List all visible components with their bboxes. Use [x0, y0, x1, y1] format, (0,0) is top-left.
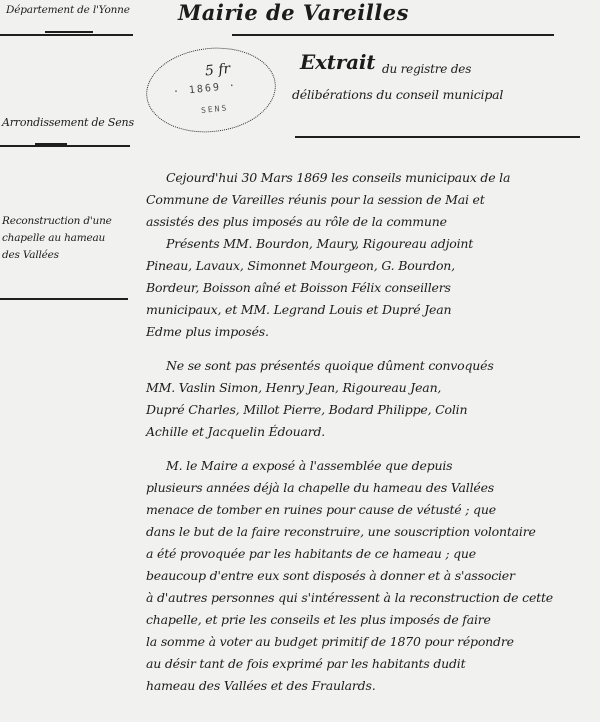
body-line: a été provoquée par les habitants de ce …	[146, 546, 476, 561]
body-line: Achille et Jacquelin Édouard.	[146, 424, 325, 439]
margin-note-line: chapelle au hameau	[2, 230, 112, 247]
body-line: chapelle, et prie les conseils et les pl…	[146, 612, 491, 627]
extract-subtitle-line2: délibérations du conseil municipal	[292, 87, 503, 102]
tax-stamp: 5 fr · 1869 · SENS	[142, 41, 280, 138]
body-line: Cejourd'hui 30 Mars 1869 les conseils mu…	[166, 170, 510, 185]
body-line: Commune de Vareilles réunis pour la sess…	[146, 192, 485, 207]
body-line: dans le but de la faire reconstruire, un…	[146, 524, 536, 539]
body-line: Edme plus imposés.	[146, 324, 269, 339]
mairie-rule	[232, 34, 554, 36]
body-line: municipaux, et MM. Legrand Louis et Dupr…	[146, 302, 451, 317]
body-line: MM. Vaslin Simon, Henry Jean, Rigoureau …	[146, 380, 441, 395]
body-line: au désir tant de fois exprimé par les ha…	[146, 656, 465, 671]
extract-title: Extrait	[300, 50, 375, 74]
arrondissement-label: Arrondissement de Sens	[2, 116, 134, 129]
body-line: M. le Maire a exposé à l'assemblée que d…	[166, 458, 452, 473]
body-line: à d'autres personnes qui s'intéressent à…	[146, 590, 553, 605]
arrondissement-rule	[0, 145, 130, 147]
margin-note-line: Reconstruction d'une	[2, 213, 112, 230]
body-line: Bordeur, Boisson aîné et Boisson Félix c…	[146, 280, 451, 295]
stamp-place: SENS	[201, 103, 229, 115]
departement-flourish	[45, 31, 93, 33]
body-line: menace de tomber en ruines pour cause de…	[146, 502, 496, 517]
arrondissement-flourish	[35, 143, 67, 145]
body-line: hameau des Vallées et des Fraulards.	[146, 678, 375, 693]
body-line: plusieurs années déjà la chapelle du ham…	[146, 480, 494, 495]
margin-note: Reconstruction d'une chapelle au hameau …	[2, 213, 112, 264]
body-line: beaucoup d'entre eux sont disposés à don…	[146, 568, 515, 583]
margin-note-rule	[0, 298, 128, 300]
extract-rule	[295, 136, 580, 138]
body-line: assistés des plus imposés au rôle de la …	[146, 214, 447, 229]
body-line: Ne se sont pas présentés quoique dûment …	[166, 358, 494, 373]
stamp-date: · 1869 ·	[172, 80, 237, 98]
body-line: la somme à voter au budget primitif de 1…	[146, 634, 514, 649]
departement-label: Département de l'Yonne	[6, 4, 130, 16]
body-line: Présents MM. Bourdon, Maury, Rigoureau a…	[166, 236, 473, 251]
stamp-number: 5 fr	[204, 61, 231, 80]
margin-note-line: des Vallées	[2, 247, 112, 264]
body-line: Pineau, Lavaux, Simonnet Mourgeon, G. Bo…	[146, 258, 455, 273]
mairie-title: Mairie de Vareilles	[178, 0, 409, 25]
register-page: Département de l'Yonne Arrondissement de…	[0, 0, 600, 722]
extract-subtitle: du registre des	[382, 62, 471, 76]
departement-rule	[0, 34, 133, 36]
body-line: Dupré Charles, Millot Pierre, Bodard Phi…	[146, 402, 467, 417]
